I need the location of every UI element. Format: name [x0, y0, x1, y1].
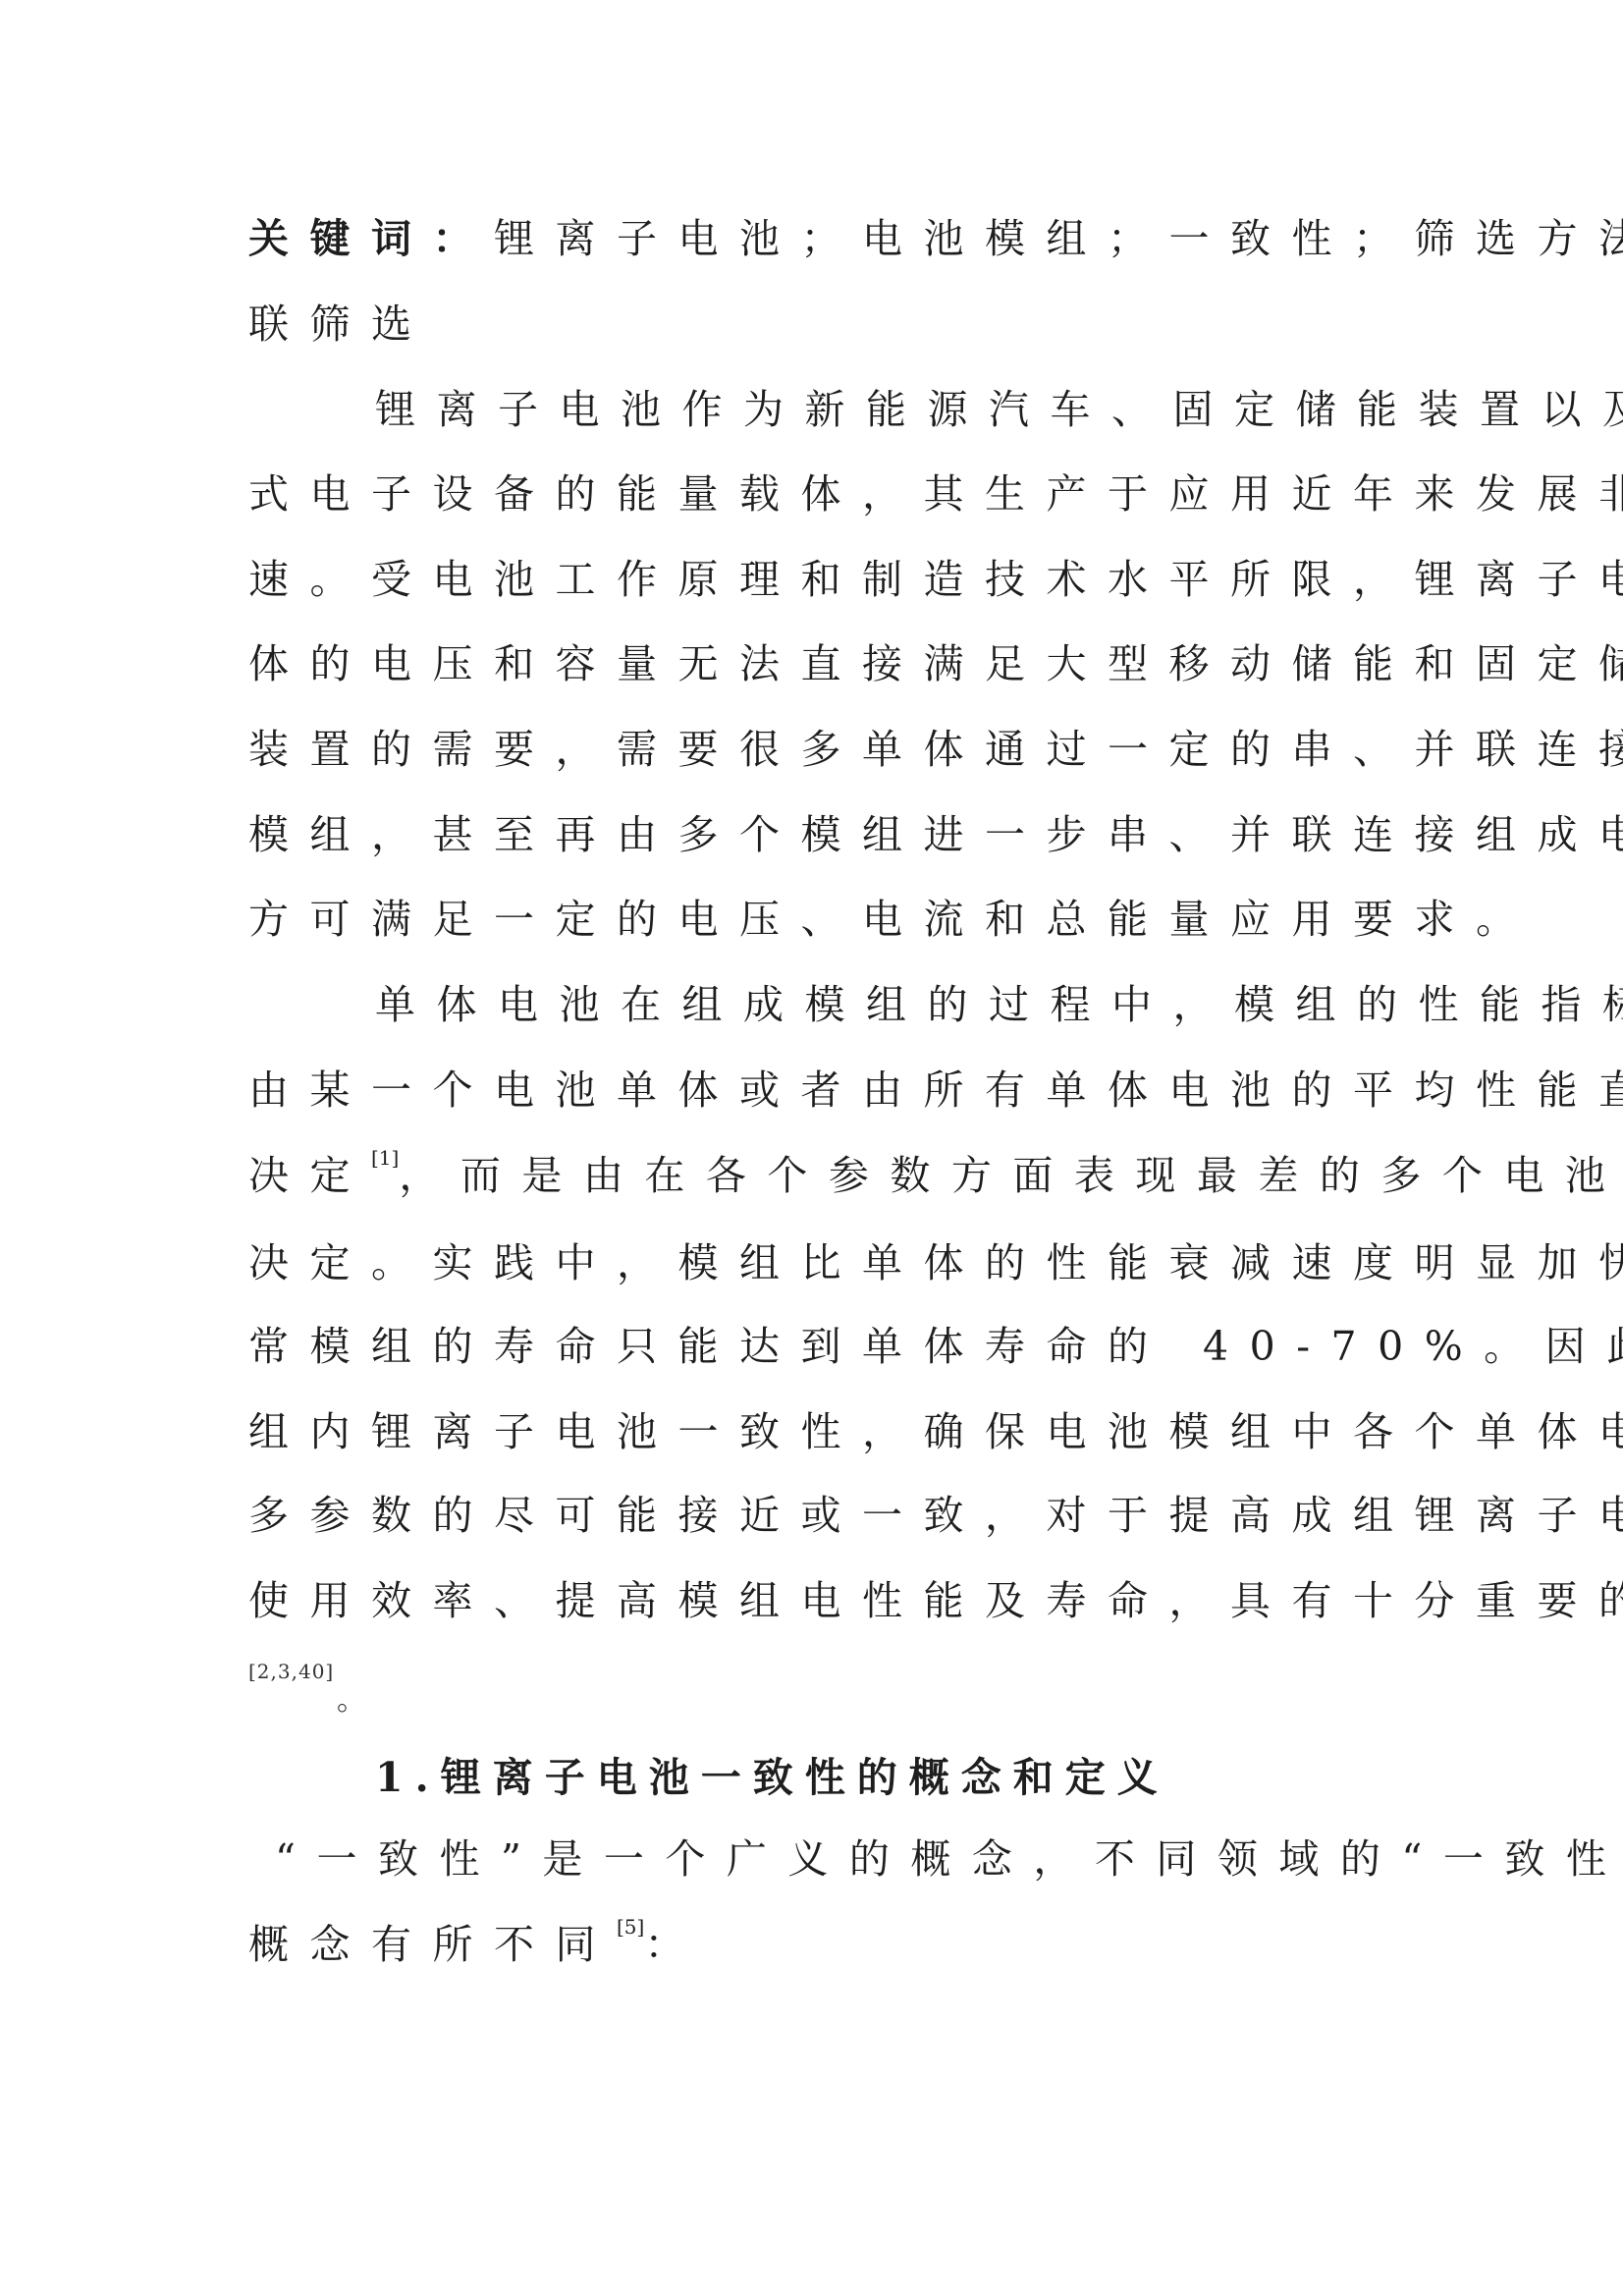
section-heading: 1.锂离子电池一致性的概念和定义 — [375, 1748, 1374, 1807]
paragraph-1-line: 式电子设备的能量载体，其生产于应用近年来发展非常迅 — [248, 465, 1374, 523]
paragraph-2-line: 组内锂离子电池一致性，确保电池模组中各个单体电池的 — [248, 1402, 1374, 1461]
paragraph-1-line: 速。受电池工作原理和制造技术水平所限，锂离子电池单 — [248, 550, 1374, 609]
citation-ref: [2,3,40] — [248, 1660, 1374, 1683]
citation-ref: [5] — [617, 1915, 644, 1939]
text-span: ，而是由在各个参数方面表现最差的多个电池共同 — [399, 1152, 1623, 1199]
paragraph-2-line: 使用效率、提高模组电性能及寿命，具有十分重要的意义 — [248, 1571, 1374, 1630]
paragraph-1-line: 体的电压和容量无法直接满足大型移动储能和固定储能 — [248, 634, 1374, 693]
section-1-line: “一致性”是一个广义的概念，不同领域的“一致性” — [275, 1830, 1375, 1888]
paragraph-1-line: 装置的需要，需要很多单体通过一定的串、并联连接组成 — [248, 720, 1374, 779]
citation-ref: [1] — [371, 1146, 399, 1170]
section-1-line: 概念有所不同[5]： — [248, 1915, 1374, 1974]
keywords-text: 锂离子电池；电池模组；一致性；筛选方法；串 — [494, 215, 1623, 262]
keywords-line-1: 关键词：锂离子电池；电池模组；一致性；筛选方法；串 — [248, 209, 1374, 268]
paragraph-1-line: 方可满足一定的电压、电流和总能量应用要求。 — [248, 890, 1374, 949]
text-span: ： — [644, 1921, 706, 1968]
text-span: 决定 — [248, 1152, 371, 1199]
keywords-label: 关键词： — [248, 215, 494, 262]
paragraph-2-line: 决定[1]，而是由在各个参数方面表现最差的多个电池共同 — [248, 1146, 1374, 1205]
paragraph-1-line: 模组，甚至再由多个模组进一步串、并联连接组成电堆后 — [248, 805, 1374, 864]
keywords-line-2: 联筛选 — [248, 295, 1374, 354]
document-page: 关键词：锂离子电池；电池模组；一致性；筛选方法；串 联筛选 锂离子电池作为新能源… — [0, 0, 1623, 2296]
text-span: 概念有所不同 — [248, 1921, 617, 1968]
paragraph-2-line: 多参数的尽可能接近或一致，对于提高成组锂离子电池的 — [248, 1486, 1374, 1545]
paragraph-2-line: 由某一个电池单体或者由所有单体电池的平均性能直接 — [248, 1061, 1374, 1120]
paragraph-2-line: 决定。实践中，模组比单体的性能衰减速度明显加快，通 — [248, 1233, 1374, 1292]
paragraph-1-line: 锂离子电池作为新能源汽车、固定储能装置以及便携 — [375, 380, 1374, 439]
paragraph-2-line: 常模组的寿命只能达到单体寿命的 40-70%。因此提高模 — [248, 1317, 1374, 1376]
end-period: 。 — [337, 1671, 396, 1730]
paragraph-2-line: 单体电池在组成模组的过程中，模组的性能指标不是 — [375, 975, 1374, 1034]
